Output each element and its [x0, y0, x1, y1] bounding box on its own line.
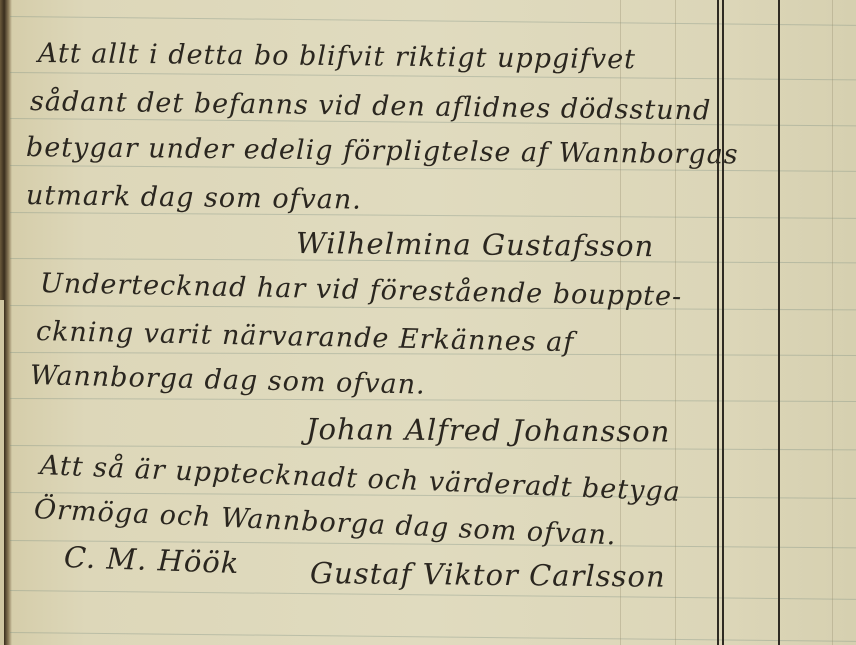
- text-line-2: sådant det befanns vid den aflidnes döds…: [30, 86, 712, 127]
- signature-johan-alfred-johansson: Johan Alfred Johansson: [306, 412, 671, 449]
- ruling-line: [10, 632, 856, 642]
- text-line-1: Att allt i detta bo blifvit riktigt uppg…: [38, 38, 636, 75]
- previous-page-edge: [0, 300, 4, 645]
- column-rule: [778, 0, 780, 645]
- faint-column-rule: [832, 0, 833, 645]
- column-rule-double-right: [722, 0, 724, 645]
- text-line-4: utmark dag som ofvan.: [26, 180, 362, 216]
- ruling-line: [10, 398, 856, 402]
- ruling-line: [10, 16, 856, 26]
- signature-c-m-hook: C. M. Höök: [63, 540, 240, 580]
- ruling-line: [10, 72, 856, 80]
- signature-wilhelmina-gustafsson: Wilhelmina Gustafsson: [296, 226, 655, 263]
- ledger-page: Att allt i detta bo blifvit riktigt uppg…: [0, 0, 856, 645]
- text-line-8: Wannborga dag som ofvan.: [30, 360, 426, 401]
- ruling-line: [10, 212, 856, 219]
- signature-gustaf-viktor-carlsson: Gustaf Viktor Carlsson: [310, 556, 666, 594]
- ruling-line: [10, 590, 856, 600]
- text-line-3: betygar under edelig förpligtelse af Wan…: [26, 132, 739, 170]
- column-rule-double-left: [717, 0, 719, 645]
